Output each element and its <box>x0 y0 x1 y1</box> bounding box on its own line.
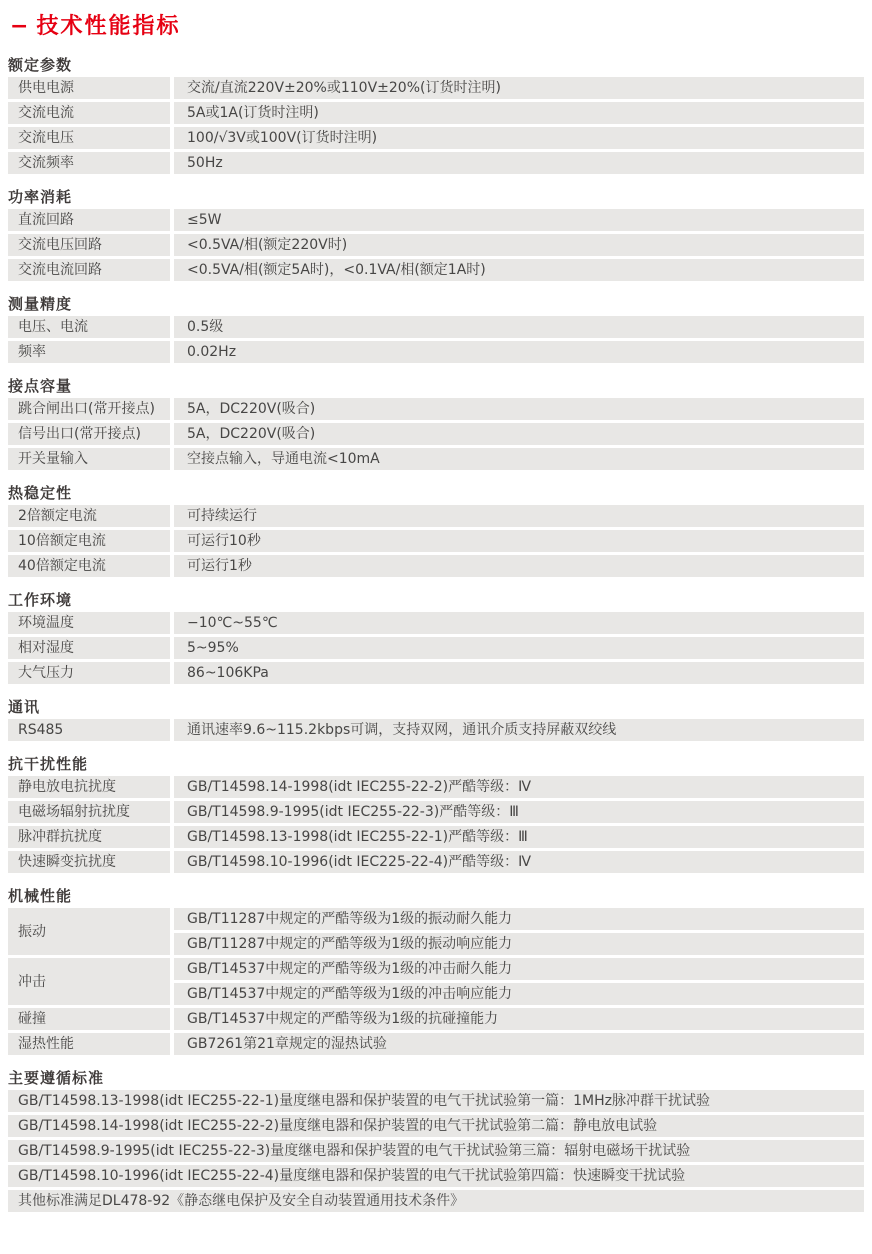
section-heading-contact-capacity: 接点容量 <box>8 378 864 394</box>
table-row-merged: 振动GB/T11287中规定的严酷等级为1级的振动耐久能力GB/T11287中规… <box>8 908 864 955</box>
row-value: 5A或1A(订货时注明) <box>174 102 864 124</box>
row-label: RS485 <box>8 719 170 741</box>
table-row-full: GB/T14598.14-1998(idt IEC255-22-2)量度继电器和… <box>8 1115 864 1137</box>
row-label: 大气压力 <box>8 662 170 684</box>
row-value: GB/T14598.13-1998(idt IEC255-22-1)严酷等级：Ⅲ <box>174 826 864 848</box>
row-label: 电压、电流 <box>8 316 170 338</box>
row-label: 电磁场辐射抗扰度 <box>8 801 170 823</box>
table-row: 湿热性能GB7261第21章规定的湿热试验 <box>8 1033 864 1055</box>
section-main-standards: 主要遵循标准GB/T14598.13-1998(idt IEC255-22-1)… <box>8 1070 864 1212</box>
table-row: 交流电流5A或1A(订货时注明) <box>8 102 864 124</box>
row-value: GB/T11287中规定的严酷等级为1级的振动耐久能力 <box>174 908 864 930</box>
table-row: 频率0.02Hz <box>8 341 864 363</box>
row-label: 交流电流回路 <box>8 259 170 281</box>
table-row: 电压、电流0.5级 <box>8 316 864 338</box>
section-operating-environment: 工作环境环境温度−10℃~55℃相对湿度5~95%大气压力86~106KPa <box>8 592 864 684</box>
table-row-full: GB/T14598.9-1995(idt IEC255-22-3)量度继电器和保… <box>8 1140 864 1162</box>
row-value: 0.02Hz <box>174 341 864 363</box>
row-value: GB/T14598.14-1998(idt IEC255-22-2)严酷等级：Ⅳ <box>174 776 864 798</box>
row-value: 可运行1秒 <box>174 555 864 577</box>
table-row: 2倍额定电流可持续运行 <box>8 505 864 527</box>
section-mechanical-performance: 机械性能振动GB/T11287中规定的严酷等级为1级的振动耐久能力GB/T112… <box>8 888 864 1055</box>
table-row-full: 其他标准满足DL478-92《静态继电保护及安全自动装置通用技术条件》 <box>8 1190 864 1212</box>
row-value: GB/T14598.10-1996(idt IEC225-22-4)严酷等级：Ⅳ <box>174 851 864 873</box>
row-label: 振动 <box>8 908 170 955</box>
table-row: 交流频率50Hz <box>8 152 864 174</box>
row-value-stack: GB/T14537中规定的严酷等级为1级的冲击耐久能力GB/T14537中规定的… <box>174 958 864 1005</box>
row-value-full: GB/T14598.13-1998(idt IEC255-22-1)量度继电器和… <box>8 1090 864 1112</box>
row-value: 可运行10秒 <box>174 530 864 552</box>
section-thermal-stability: 热稳定性2倍额定电流可持续运行10倍额定电流可运行10秒40倍额定电流可运行1秒 <box>8 485 864 577</box>
row-label: 湿热性能 <box>8 1033 170 1055</box>
row-value: GB7261第21章规定的湿热试验 <box>174 1033 864 1055</box>
section-heading-mechanical-performance: 机械性能 <box>8 888 864 904</box>
spec-sheet-page: −技术性能指标 额定参数供电电源交流/直流220V±20%或110V±20%(订… <box>0 0 872 1223</box>
table-row: 环境温度−10℃~55℃ <box>8 612 864 634</box>
row-value-full: GB/T14598.9-1995(idt IEC255-22-3)量度继电器和保… <box>8 1140 864 1162</box>
section-rated-parameters: 额定参数供电电源交流/直流220V±20%或110V±20%(订货时注明)交流电… <box>8 57 864 174</box>
table-row: RS485通讯速率9.6~115.2kbps可调，支持双网，通讯介质支持屏蔽双绞… <box>8 719 864 741</box>
section-heading-power-consumption: 功率消耗 <box>8 189 864 205</box>
section-heading-main-standards: 主要遵循标准 <box>8 1070 864 1086</box>
table-row: 快速瞬变抗扰度GB/T14598.10-1996(idt IEC225-22-4… <box>8 851 864 873</box>
row-label: 静电放电抗扰度 <box>8 776 170 798</box>
row-label: 频率 <box>8 341 170 363</box>
title-dash: − <box>10 14 28 39</box>
table-row: 大气压力86~106KPa <box>8 662 864 684</box>
row-label: 环境温度 <box>8 612 170 634</box>
table-row: 信号出口(常开接点)5A，DC220V(吸合) <box>8 423 864 445</box>
row-value-full: GB/T14598.14-1998(idt IEC255-22-2)量度继电器和… <box>8 1115 864 1137</box>
section-heading-anti-interference: 抗干扰性能 <box>8 756 864 772</box>
page-title: −技术性能指标 <box>10 12 864 42</box>
row-value: 5A，DC220V(吸合) <box>174 423 864 445</box>
row-value: 0.5级 <box>174 316 864 338</box>
row-label: 2倍额定电流 <box>8 505 170 527</box>
table-row: 开关量输入空接点输入，导通电流<10mA <box>8 448 864 470</box>
table-row: 相对湿度5~95% <box>8 637 864 659</box>
row-label: 相对湿度 <box>8 637 170 659</box>
row-label: 直流回路 <box>8 209 170 231</box>
row-label: 开关量输入 <box>8 448 170 470</box>
row-label: 交流频率 <box>8 152 170 174</box>
table-row: 40倍额定电流可运行1秒 <box>8 555 864 577</box>
row-value: −10℃~55℃ <box>174 612 864 634</box>
row-value: GB/T14598.9-1995(idt IEC255-22-3)严酷等级：Ⅲ <box>174 801 864 823</box>
section-anti-interference: 抗干扰性能静电放电抗扰度GB/T14598.14-1998(idt IEC255… <box>8 756 864 873</box>
row-value: 可持续运行 <box>174 505 864 527</box>
section-heading-measurement-accuracy: 测量精度 <box>8 296 864 312</box>
row-label: 信号出口(常开接点) <box>8 423 170 445</box>
row-value-stack: GB/T11287中规定的严酷等级为1级的振动耐久能力GB/T11287中规定的… <box>174 908 864 955</box>
section-communication: 通讯RS485通讯速率9.6~115.2kbps可调，支持双网，通讯介质支持屏蔽… <box>8 699 864 741</box>
row-value: <0.5VA/相(额定5A时)，<0.1VA/相(额定1A时) <box>174 259 864 281</box>
row-label: 快速瞬变抗扰度 <box>8 851 170 873</box>
row-label: 10倍额定电流 <box>8 530 170 552</box>
table-row: 交流电压100/√3V或100V(订货时注明) <box>8 127 864 149</box>
table-row-full: GB/T14598.10-1996(idt IEC255-22-4)量度继电器和… <box>8 1165 864 1187</box>
section-heading-communication: 通讯 <box>8 699 864 715</box>
row-value: 86~106KPa <box>174 662 864 684</box>
row-value: 100/√3V或100V(订货时注明) <box>174 127 864 149</box>
row-value: 5~95% <box>174 637 864 659</box>
section-contact-capacity: 接点容量跳合闸出口(常开接点)5A，DC220V(吸合)信号出口(常开接点)5A… <box>8 378 864 470</box>
row-value: 交流/直流220V±20%或110V±20%(订货时注明) <box>174 77 864 99</box>
table-row: 静电放电抗扰度GB/T14598.14-1998(idt IEC255-22-2… <box>8 776 864 798</box>
table-row: 碰撞GB/T14537中规定的严酷等级为1级的抗碰撞能力 <box>8 1008 864 1030</box>
row-value: ≤5W <box>174 209 864 231</box>
row-label: 脉冲群抗扰度 <box>8 826 170 848</box>
row-value: 空接点输入，导通电流<10mA <box>174 448 864 470</box>
row-label: 交流电流 <box>8 102 170 124</box>
row-label: 供电电源 <box>8 77 170 99</box>
section-measurement-accuracy: 测量精度电压、电流0.5级频率0.02Hz <box>8 296 864 363</box>
row-value: GB/T11287中规定的严酷等级为1级的振动响应能力 <box>174 933 864 955</box>
table-row: 直流回路≤5W <box>8 209 864 231</box>
row-value: <0.5VA/相(额定220V时) <box>174 234 864 256</box>
table-row: 交流电压回路<0.5VA/相(额定220V时) <box>8 234 864 256</box>
row-label: 冲击 <box>8 958 170 1005</box>
row-value: 5A，DC220V(吸合) <box>174 398 864 420</box>
section-power-consumption: 功率消耗直流回路≤5W交流电压回路<0.5VA/相(额定220V时)交流电流回路… <box>8 189 864 281</box>
row-label: 交流电压回路 <box>8 234 170 256</box>
table-row: 脉冲群抗扰度GB/T14598.13-1998(idt IEC255-22-1)… <box>8 826 864 848</box>
spec-sections: 额定参数供电电源交流/直流220V±20%或110V±20%(订货时注明)交流电… <box>8 57 864 1212</box>
row-value: GB/T14537中规定的严酷等级为1级的冲击响应能力 <box>174 983 864 1005</box>
row-label: 40倍额定电流 <box>8 555 170 577</box>
table-row: 跳合闸出口(常开接点)5A，DC220V(吸合) <box>8 398 864 420</box>
table-row: 交流电流回路<0.5VA/相(额定5A时)，<0.1VA/相(额定1A时) <box>8 259 864 281</box>
table-row-merged: 冲击GB/T14537中规定的严酷等级为1级的冲击耐久能力GB/T14537中规… <box>8 958 864 1005</box>
row-value: 50Hz <box>174 152 864 174</box>
section-heading-thermal-stability: 热稳定性 <box>8 485 864 501</box>
table-row: 电磁场辐射抗扰度GB/T14598.9-1995(idt IEC255-22-3… <box>8 801 864 823</box>
row-label: 碰撞 <box>8 1008 170 1030</box>
row-value: GB/T14537中规定的严酷等级为1级的冲击耐久能力 <box>174 958 864 980</box>
row-value: GB/T14537中规定的严酷等级为1级的抗碰撞能力 <box>174 1008 864 1030</box>
section-heading-rated-parameters: 额定参数 <box>8 57 864 73</box>
table-row: 10倍额定电流可运行10秒 <box>8 530 864 552</box>
section-heading-operating-environment: 工作环境 <box>8 592 864 608</box>
row-value-full: 其他标准满足DL478-92《静态继电保护及安全自动装置通用技术条件》 <box>8 1190 864 1212</box>
table-row: 供电电源交流/直流220V±20%或110V±20%(订货时注明) <box>8 77 864 99</box>
row-value-full: GB/T14598.10-1996(idt IEC255-22-4)量度继电器和… <box>8 1165 864 1187</box>
table-row-full: GB/T14598.13-1998(idt IEC255-22-1)量度继电器和… <box>8 1090 864 1112</box>
page-title-text: 技术性能指标 <box>36 14 180 39</box>
row-label: 跳合闸出口(常开接点) <box>8 398 170 420</box>
row-value: 通讯速率9.6~115.2kbps可调，支持双网，通讯介质支持屏蔽双绞线 <box>174 719 864 741</box>
row-label: 交流电压 <box>8 127 170 149</box>
